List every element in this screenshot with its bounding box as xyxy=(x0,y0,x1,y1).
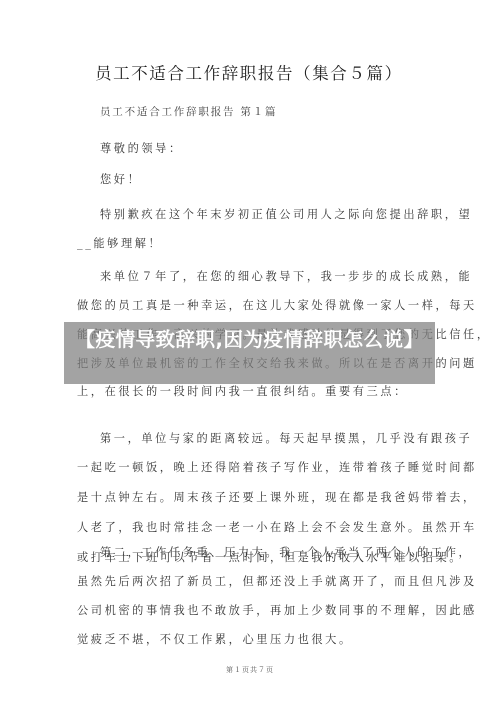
document-subtitle: 员工不适合工作辞职报告 第１篇 xyxy=(100,104,277,120)
paragraph-line: 觉疲乏不堪，不仅工作累，心里压力也很大。 xyxy=(77,632,417,648)
paragraph-line: 做您的员工真是一种幸运，在这儿大家处得就像一家人一样，每天 xyxy=(77,298,417,314)
paragraph-line: 第一，单位与家的距离较远。每天起早摸黑，几乎没有跟孩子 xyxy=(100,431,440,447)
paragraph-line: 公司机密的事情我也不敢放手，再加上少数同事的不理解，因此感 xyxy=(77,603,417,619)
paragraph-line: 是十点钟左右。周末孩子还要上课外班，现在都是我爸妈带着去， xyxy=(77,490,417,506)
document-title: 员工不适合工作辞职报告（集合５篇） xyxy=(95,62,415,86)
paragraph-line: 人老了，我也时常挂念一老一小在路上会不会发生意外。虽然开车 xyxy=(77,520,417,536)
salutation: 尊敬的领导： xyxy=(100,141,440,157)
paragraph-line: 虽然先后两次招了新员工，但都还没上手就离开了，而且但凡涉及 xyxy=(77,574,417,590)
paragraph-line: 第二，工作任务重、压力大。我一个人承当了两个人的工作， xyxy=(100,545,440,561)
paragraph-line: 上，在很长的一段时间内我一直很纠结。重要有三点： xyxy=(77,384,417,400)
paragraph-line: 特别歉疚在这个年末岁初正值公司用人之际向您提出辞职，望 xyxy=(100,207,440,223)
paragraph-line: __能够理解！ xyxy=(77,236,417,252)
greeting: 您好！ xyxy=(100,172,440,188)
page-number: 第１页共７页 xyxy=(0,665,500,675)
paragraph-line: 一起吃一顿饭，晚上还得陪着孩子写作业，连带着孩子睡觉时间都 xyxy=(77,460,417,476)
paragraph-line: 来单位７年了，在您的细心教导下，我一步步的成长成熟，能 xyxy=(100,269,440,285)
headline-overlay-text[interactable]: 【疫情导致辞职,因为疫情辞职怎么说】 xyxy=(64,324,435,355)
